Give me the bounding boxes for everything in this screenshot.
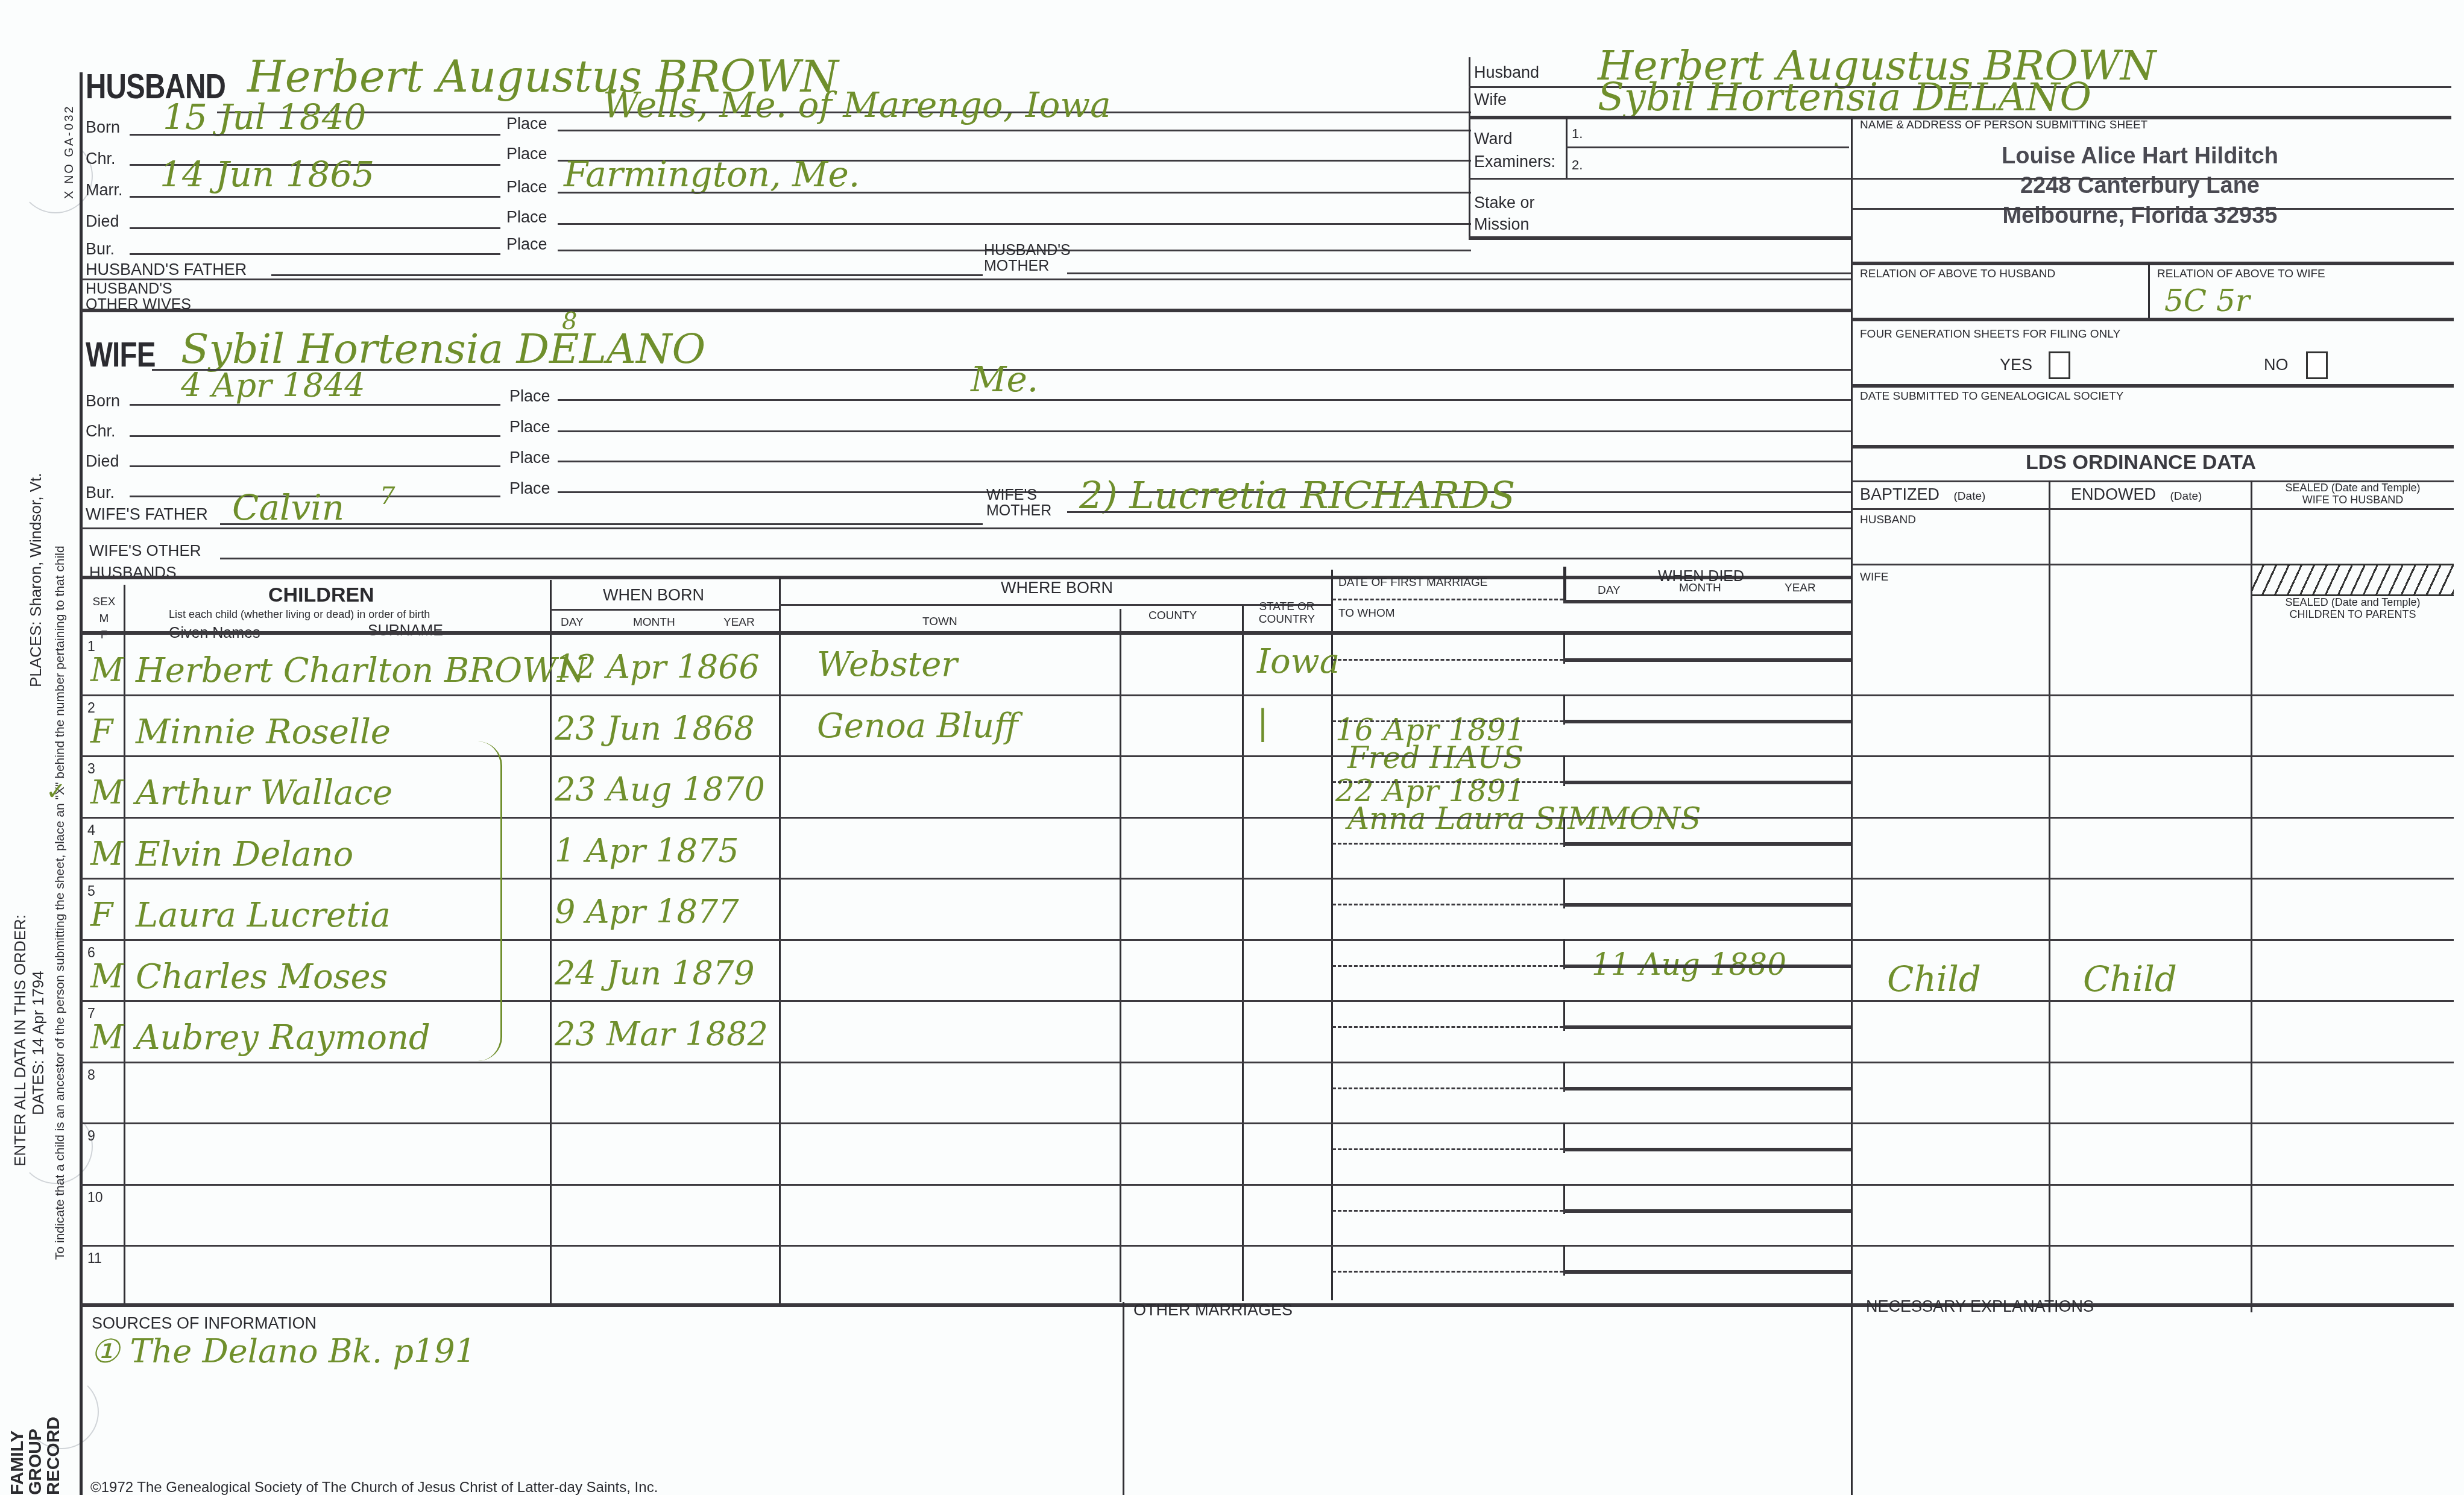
husband-born-label: Born [86, 118, 120, 137]
rule [2049, 480, 2050, 1312]
row-divider [81, 1062, 2454, 1063]
husband-chr-place-label: Place [506, 145, 547, 163]
child-name[interactable]: Minnie Roselle [136, 713, 391, 752]
rule [220, 558, 1851, 559]
child-sex[interactable]: M [90, 1018, 124, 1056]
ward-examiners-label: Ward Examiners: [1474, 128, 1555, 174]
child-name[interactable]: Herbert Charlton BROWN [136, 651, 587, 690]
label-line: MOTHER [986, 503, 1051, 518]
form-title: FAMILY GROUP RECORD [8, 1417, 63, 1495]
label-line: Ward [1474, 128, 1555, 151]
right-column-border [1851, 118, 1853, 1495]
county-header: COUNTY [1149, 610, 1197, 623]
husband-marr-date[interactable]: 14 Jun 1865 [160, 154, 374, 195]
wife-name-superscript: 8 [562, 307, 577, 335]
row-divider [81, 878, 2454, 880]
form-title-line: FAMILY [8, 1417, 27, 1495]
rule [130, 465, 500, 467]
first-marriage-header: DATE OF FIRST MARRIAGE [1338, 577, 1487, 590]
husband-died-label: Died [86, 212, 119, 231]
to-whom-header: TO WHOM [1338, 608, 1395, 620]
rule [130, 196, 500, 198]
wife-died-label: Died [86, 452, 119, 471]
children-bracket [476, 741, 502, 1061]
child-sex[interactable]: M [90, 835, 124, 873]
child-sex[interactable]: M [90, 957, 124, 995]
rule [1851, 445, 2454, 448]
wife-chr-label: Chr. [86, 422, 116, 441]
summary-box-border [1469, 57, 1470, 238]
row-divider [81, 755, 2454, 757]
child-town[interactable]: Webster [817, 645, 957, 684]
rule [1563, 600, 1851, 603]
ordinance-title: LDS ORDINANCE DATA [2026, 451, 2256, 474]
sources-value[interactable]: ① The Delano Bk. p191 [90, 1332, 476, 1370]
died-day-header: DAY [1598, 585, 1621, 597]
label-line: WIFE'S [986, 487, 1051, 503]
child-state[interactable]: | [1257, 703, 1268, 743]
child-number: 11 [87, 1251, 102, 1265]
form-title-line: RECORD [45, 1417, 63, 1495]
child-born[interactable]: 12 Apr 1866 [555, 648, 760, 686]
dashed-rule [1332, 659, 1563, 661]
examiner-1[interactable]: 1. [1572, 127, 1583, 140]
rule [130, 134, 500, 136]
child-spouse[interactable]: Anna Laura SIMMONS [1347, 801, 1701, 836]
child-born[interactable]: 23 Mar 1882 [555, 1015, 768, 1053]
endowed-label: ENDOWED [2071, 485, 2156, 503]
husband-chr-label: Chr. [86, 149, 116, 168]
sealed-children-header: SEALED (Date and Temple) CHILDREN TO PAR… [2252, 597, 2454, 621]
submitter-label: NAME & ADDRESS OF PERSON SUBMITTING SHEE… [1860, 119, 2147, 132]
rule [558, 192, 1471, 194]
husband-marr-place-label: Place [506, 178, 547, 197]
dashed-rule [1332, 1210, 1563, 1212]
rule [1563, 903, 1851, 907]
label-line: WIFE'S OTHER [89, 540, 201, 561]
rule [1123, 1302, 1124, 1495]
rule [1563, 1087, 1851, 1091]
dashed-rule [1332, 720, 1563, 722]
rule [1067, 511, 1851, 513]
town-header: TOWN [922, 616, 957, 629]
child-born[interactable]: 23 Jun 1868 [555, 710, 755, 747]
date-note: (Date) [1954, 490, 1986, 503]
row-divider [81, 817, 2454, 819]
rule [558, 130, 1471, 131]
check-mark: ✓ [46, 778, 66, 805]
ordinance-wife-row: WIFE [1860, 571, 1889, 584]
rule [1851, 262, 2454, 265]
child-state[interactable]: Iowa [1257, 642, 1340, 681]
sealed-wife-hatched-cell [2252, 564, 2454, 596]
child-endowed[interactable]: Child [2083, 958, 2177, 999]
label-line: CHILDREN TO PARENTS [2252, 609, 2454, 621]
rule [130, 227, 500, 229]
child-baptized[interactable]: Child [1887, 958, 1981, 999]
dashed-rule [1332, 904, 1563, 905]
rule [1563, 1025, 1851, 1029]
died-year-header: YEAR [1785, 582, 1816, 595]
husband-marr-label: Marr. [86, 181, 123, 200]
state-header: STATE OR COUNTRY [1246, 601, 1328, 626]
rule [558, 223, 1471, 225]
wife-bur-place-label: Place [509, 479, 550, 498]
submitter-city: Melbourne, Florida 32935 [2002, 201, 2278, 231]
husband-born-place[interactable]: Wells, Me. of Marengo, Iowa [603, 84, 1111, 125]
dashed-rule [1332, 1087, 1563, 1089]
label-line: SEALED (Date and Temple) [2252, 482, 2454, 494]
rule [130, 404, 500, 406]
yes-checkbox[interactable] [2049, 351, 2070, 379]
husband-mother-label: HUSBAND'S MOTHER [984, 242, 1071, 274]
rule [81, 631, 1851, 635]
baptized-label: BAPTIZED [1860, 485, 1939, 503]
wife-father-label: WIFE'S FATHER [86, 505, 208, 524]
husband-born-place-label: Place [506, 115, 547, 133]
summary-husband-label: Husband [1474, 63, 1539, 82]
died-month-header: MONTH [1679, 582, 1721, 595]
row-divider [81, 1184, 2454, 1186]
rule [558, 461, 1851, 462]
wife-born-place-label: Place [509, 387, 550, 406]
label-line: HUSBANDS [89, 561, 201, 583]
copyright: ©1972 The Genealogical Society of The Ch… [90, 1480, 658, 1495]
margin-enter-all: ENTER ALL DATA IN THIS ORDER: [12, 914, 28, 1166]
year-header: YEAR [723, 617, 755, 629]
child-sex[interactable]: F [90, 896, 113, 934]
rule [1566, 146, 1849, 148]
rule [558, 399, 1851, 401]
husband-born-date[interactable]: 15 Jul 1840 [163, 96, 366, 137]
rule [271, 274, 983, 276]
rule [1851, 208, 2454, 210]
child-name[interactable]: Charles Moses [136, 957, 388, 996]
month-header: MONTH [633, 617, 675, 629]
rule [130, 253, 500, 255]
child-spouse[interactable]: Fred HAUS [1347, 740, 1523, 775]
rule [1563, 781, 1851, 784]
child-number: 10 [87, 1190, 103, 1204]
no-label: NO [2264, 356, 2289, 374]
wife-father-superscript: 7 [380, 482, 395, 510]
label-line: Examiners: [1474, 151, 1555, 174]
sealed-wife-header: SEALED (Date and Temple) WIFE TO HUSBAND [2252, 482, 2454, 506]
row-divider [81, 694, 2454, 696]
rule [81, 279, 1851, 280]
date-submitted-label: DATE SUBMITTED TO GENEALOGICAL SOCIETY [1860, 391, 2123, 403]
dashed-rule [1332, 599, 1563, 600]
margin-places: PLACES: Sharon, Windsor, Vt. [28, 473, 44, 688]
section-divider [81, 309, 1851, 312]
label-line: Stake or [1474, 192, 1535, 213]
date-note: (Date) [2170, 490, 2202, 503]
baptized-header: BAPTIZED (Date) [1860, 485, 1985, 504]
rule [1851, 384, 2454, 388]
label-line: MOTHER [984, 258, 1071, 274]
row-divider [81, 1245, 2454, 1247]
explanations-label: NECESSARY EXPLANATIONS [1866, 1297, 2094, 1316]
child-born[interactable]: 9 Apr 1877 [555, 893, 739, 931]
label-line: WIFE TO HUSBAND [2252, 494, 2454, 506]
rule [1563, 658, 1851, 662]
other-marriages-label: OTHER MARRIAGES [1133, 1301, 1293, 1320]
sex-header: SEX M F [90, 594, 118, 644]
rule [1851, 318, 2454, 321]
dashed-rule [1332, 781, 1563, 783]
label-line: Mission [1474, 213, 1535, 235]
child-born[interactable]: 1 Apr 1875 [555, 832, 739, 870]
husband-father-label: HUSBAND'S FATHER [86, 260, 247, 279]
rule [1563, 567, 1566, 603]
endowed-header: ENDOWED (Date) [2071, 485, 2202, 504]
dashed-rule [1332, 1148, 1563, 1150]
child-sex[interactable]: M [90, 651, 124, 689]
dashed-rule [1332, 1271, 1563, 1273]
dashed-rule [1332, 843, 1563, 845]
wife-born-date[interactable]: 4 Apr 1844 [181, 367, 365, 404]
rule [1563, 1148, 1851, 1151]
rule [1469, 178, 1851, 180]
child-town[interactable]: Genoa Bluff [817, 707, 1018, 746]
husband-died-place-label: Place [506, 208, 547, 227]
rule [1469, 236, 1851, 240]
rule [1563, 1209, 1851, 1213]
child-sex[interactable]: F [90, 713, 113, 751]
dashed-rule [1332, 965, 1563, 967]
children-subheader: List each child (whether living or dead)… [169, 609, 430, 621]
row-divider [81, 939, 2454, 941]
rule [1120, 609, 1121, 1302]
margin-dates: DATES: 14 Apr 1794 [30, 971, 46, 1115]
no-checkbox[interactable] [2306, 351, 2328, 379]
husband-bur-label: Bur. [86, 240, 115, 259]
child-born[interactable]: 23 Aug 1870 [555, 770, 765, 808]
wife-heading: WIFE [86, 335, 156, 375]
wife-died-place-label: Place [509, 448, 550, 467]
label-line: HUSBAND'S [984, 242, 1071, 258]
ordinance-husband-row: HUSBAND [1860, 514, 1916, 527]
relation-wife-label: RELATION OF ABOVE TO WIFE [2157, 268, 2325, 281]
rule [1563, 720, 1851, 723]
label-line: SEALED (Date and Temple) [2252, 597, 2454, 609]
rule [1563, 842, 1851, 846]
rule [1242, 605, 1244, 1301]
husband-marr-place[interactable]: Farmington, Me. [564, 154, 860, 195]
section-divider [81, 576, 1851, 579]
margin-ancestor-instruction: To indicate that a child is an ancestor … [53, 546, 67, 1260]
wife-chr-place-label: Place [509, 418, 550, 436]
rule [2148, 263, 2150, 318]
four-gen-label: FOUR GENERATION SHEETS FOR FILING ONLY [1860, 329, 2120, 341]
wife-born-label: Born [86, 392, 120, 411]
where-born-header: WHERE BORN [1001, 579, 1113, 597]
submitter-address: Louise Alice Hart Hilditch 2248 Canterbu… [2002, 142, 2278, 231]
label-line: STATE OR [1246, 601, 1328, 614]
yes-label: YES [2000, 356, 2032, 374]
form-number: X NO GA-032 [63, 105, 76, 199]
rule [1851, 178, 2454, 180]
rule [124, 585, 125, 1305]
summary-wife-label: Wife [1474, 90, 1507, 109]
form-title-line: GROUP [27, 1417, 45, 1495]
relation-husband-label: RELATION OF ABOVE TO HUSBAND [1860, 268, 2055, 281]
row-divider [81, 1000, 2454, 1002]
wife-born-place[interactable]: Me. [971, 359, 1038, 400]
rule [558, 430, 1851, 432]
label-line: COUNTRY [1246, 614, 1328, 626]
rule [1851, 508, 2454, 510]
left-border [80, 72, 83, 1495]
child-name[interactable]: Elvin Delano [136, 835, 353, 874]
rule [550, 609, 779, 611]
child-name[interactable]: Laura Lucretia [136, 896, 391, 935]
dashed-rule [1332, 1026, 1563, 1028]
day-header: DAY [561, 617, 584, 629]
child-name[interactable]: Arthur Wallace [136, 773, 392, 813]
child-number: 9 [87, 1128, 95, 1143]
label-line: HUSBAND'S [86, 281, 191, 297]
wife-father[interactable]: Calvin [232, 487, 344, 528]
child-name[interactable]: Aubrey Raymond [136, 1018, 430, 1057]
wife-mother-label: WIFE'S MOTHER [986, 487, 1051, 519]
rule [130, 435, 500, 437]
rule [220, 523, 983, 525]
stake-mission-label: Stake or Mission [1474, 192, 1535, 236]
husband-bur-place-label: Place [506, 235, 547, 254]
rule [1563, 1270, 1851, 1274]
children-header: CHILDREN [268, 584, 374, 607]
rule [1563, 965, 1851, 968]
submitter-street: 2248 Canterbury Lane [2002, 171, 2278, 201]
when-born-header: WHEN BORN [603, 586, 704, 605]
husband-other-wives-label: HUSBAND'S OTHER WIVES [86, 281, 191, 313]
sources-label: SOURCES OF INFORMATION [92, 1314, 317, 1333]
examiner-2[interactable]: 2. [1572, 158, 1583, 172]
submitter-name: Louise Alice Hart Hilditch [2002, 142, 2278, 171]
child-born[interactable]: 24 Jun 1879 [555, 954, 755, 992]
wife-bur-label: Bur. [86, 483, 115, 502]
summary-wife-value[interactable]: Sybil Hortensia DELANO [1598, 75, 2091, 120]
rule [1067, 272, 1851, 274]
rule [779, 578, 781, 1307]
relation-wife[interactable]: 5C 5r [2164, 283, 2250, 318]
label-line: SEX [90, 594, 118, 611]
child-sex[interactable]: M [90, 773, 124, 811]
child-number: 8 [87, 1068, 95, 1082]
row-divider [81, 1122, 2454, 1124]
rule [81, 527, 1851, 529]
label-line: M [90, 611, 118, 628]
